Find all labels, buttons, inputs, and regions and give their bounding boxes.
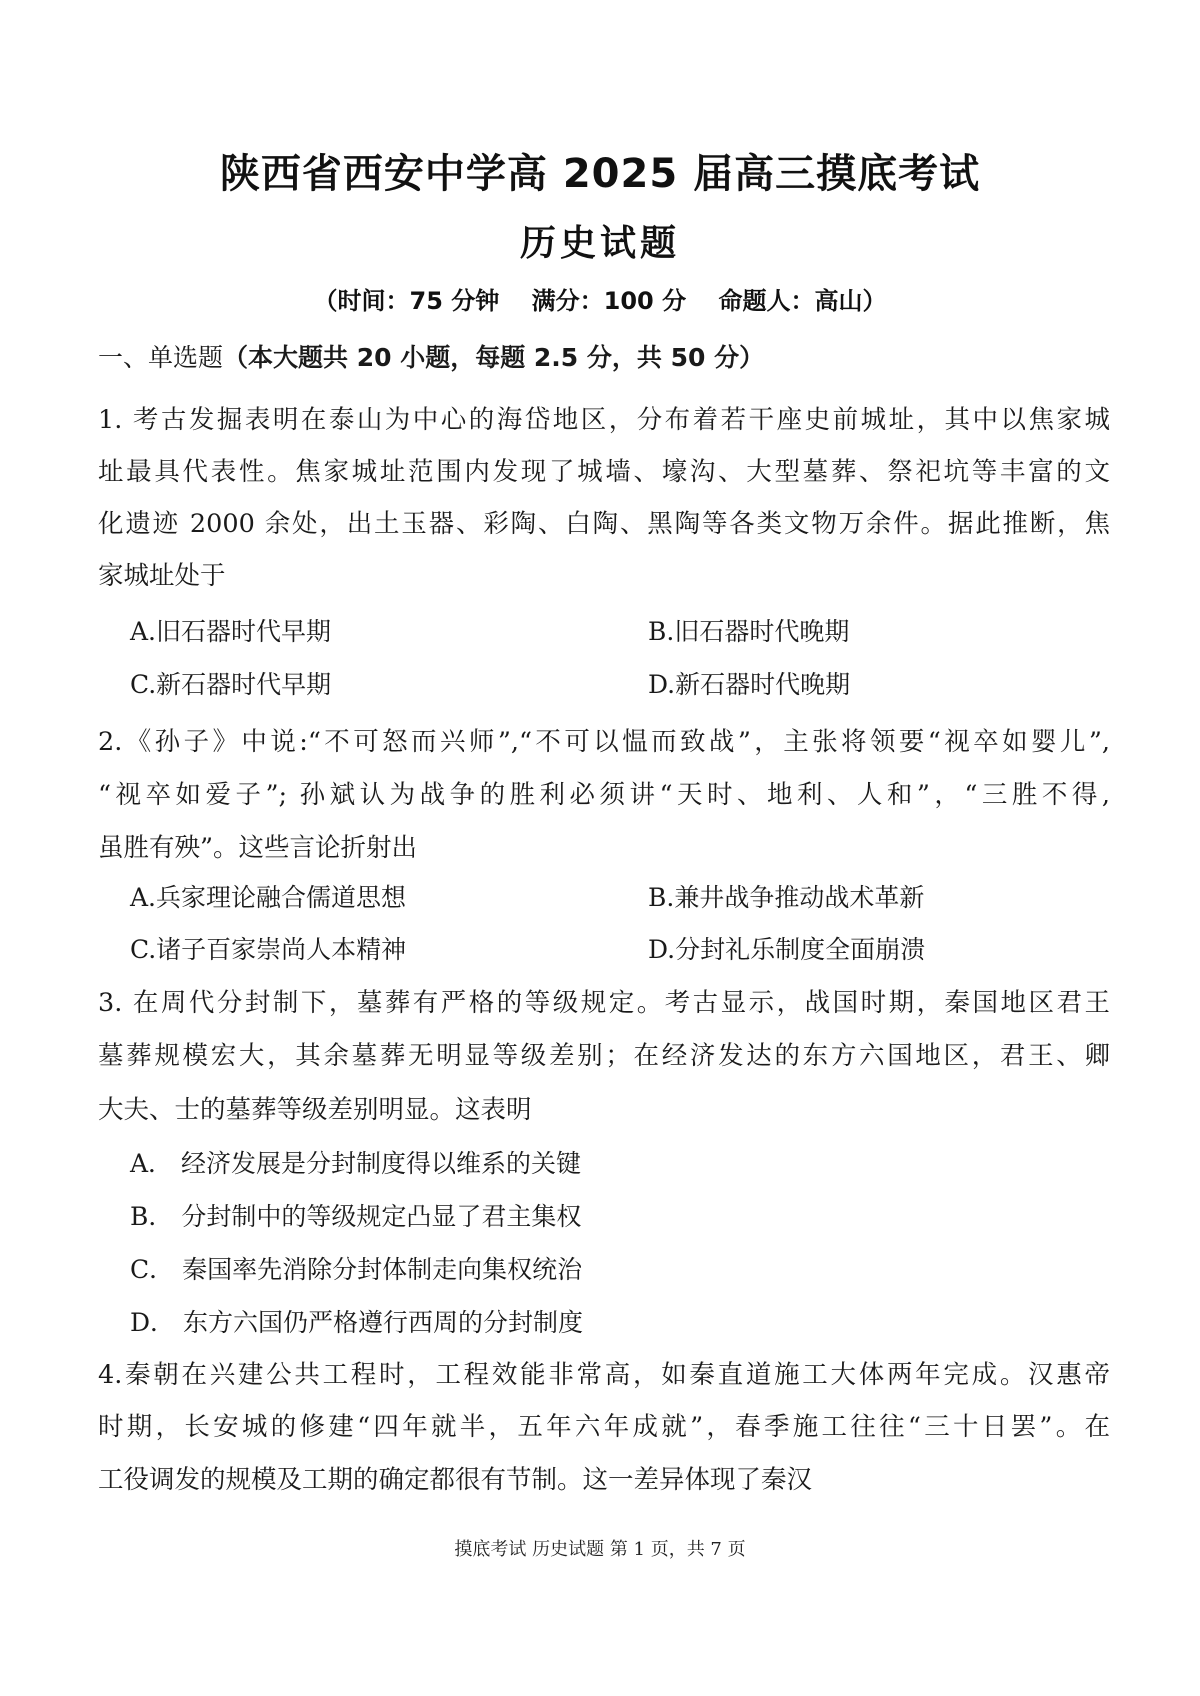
- option-d: D.新石器时代晚期: [648, 665, 850, 701]
- exam-time: （时间：75 分钟: [314, 287, 500, 315]
- option-c: C.新石器时代早期: [130, 665, 331, 701]
- exam-title: 陕西省西安中学高 2025 届高三摸底考试: [0, 142, 1200, 199]
- question-line: 墓葬规模宏大，其余墓葬无明显等级差别；在经济发达的东方六国地区，君王、卿: [98, 1036, 1110, 1072]
- exam-author: 命题人：高山）: [718, 287, 886, 315]
- exam-full-score: 满分：100 分: [532, 287, 686, 315]
- question-line: “视卒如爱子”; 孙斌认为战争的胜利必须讲“天时、地利、人和”，“三胜不得,: [98, 775, 1110, 811]
- section-heading: 一、单选题（本大题共 20 小题，每题 2.5 分，共 50 分）: [98, 338, 764, 374]
- option-d: D． 东方六国仍严格遵行西周的分封制度: [130, 1303, 583, 1339]
- option-b: B． 分封制中的等级规定凸显了君主集权: [130, 1197, 581, 1233]
- option-a: A.兵家理论融合儒道思想: [130, 878, 406, 914]
- option-c: C.诸子百家崇尚人本精神: [130, 930, 406, 966]
- option-b: B.兼井战争推动战术革新: [648, 878, 924, 914]
- question-line: 家城址处于: [98, 556, 1110, 592]
- section-label: 一、单选题: [98, 343, 223, 372]
- question-line: 时期，长安城的修建“四年就半，五年六年成就”，春季施工往往“三十日罢”。在: [98, 1407, 1110, 1443]
- exam-info: （时间：75 分钟 满分：100 分 命题人：高山）: [0, 281, 1200, 316]
- question-line: 虽胜有殃”。这些言论折射出: [98, 828, 1110, 864]
- option-d: D.分封礼乐制度全面崩溃: [648, 930, 925, 966]
- question-line: 2.《孙子》中说:“不可怒而兴师”,“不可以愠而致战”，主张将领要“视卒如婴儿”…: [98, 722, 1110, 758]
- option-c: C． 秦国率先消除分封体制走向集权统治: [130, 1250, 582, 1286]
- section-description: （本大题共 20 小题，每题 2.5 分，共 50 分）: [223, 343, 764, 372]
- question-line: 址最具代表性。焦家城址范围内发现了城墙、壕沟、大型墓葬、祭祀坑等丰富的文: [98, 452, 1110, 488]
- question-line: 化遗迹 2000 余处，出土玉器、彩陶、白陶、黑陶等各类文物万余件。据此推断，焦: [98, 504, 1110, 540]
- question-line: 4.秦朝在兴建公共工程时，工程效能非常高，如秦直道施工大体两年完成。汉惠帝: [98, 1355, 1110, 1391]
- question-line: 3. 在周代分封制下，墓葬有严格的等级规定。考古显示，战国时期，秦国地区君王: [98, 983, 1110, 1019]
- question-line: 1. 考古发掘表明在泰山为中心的海岱地区，分布着若干座史前城址，其中以焦家城: [98, 400, 1110, 436]
- page-footer: 摸底考试 历史试题 第 1 页，共 7 页: [0, 1535, 1200, 1561]
- question-line: 大夫、士的墓葬等级差别明显。这表明: [98, 1090, 1110, 1126]
- option-a: A.旧石器时代早期: [130, 612, 331, 648]
- option-b: B.旧石器时代晚期: [648, 612, 849, 648]
- option-a: A． 经济发展是分封制度得以维系的关键: [130, 1144, 581, 1180]
- exam-subject-title: 历史试题: [0, 215, 1200, 266]
- question-line: 工役调发的规模及工期的确定都很有节制。这一差异体现了秦汉: [98, 1460, 1110, 1496]
